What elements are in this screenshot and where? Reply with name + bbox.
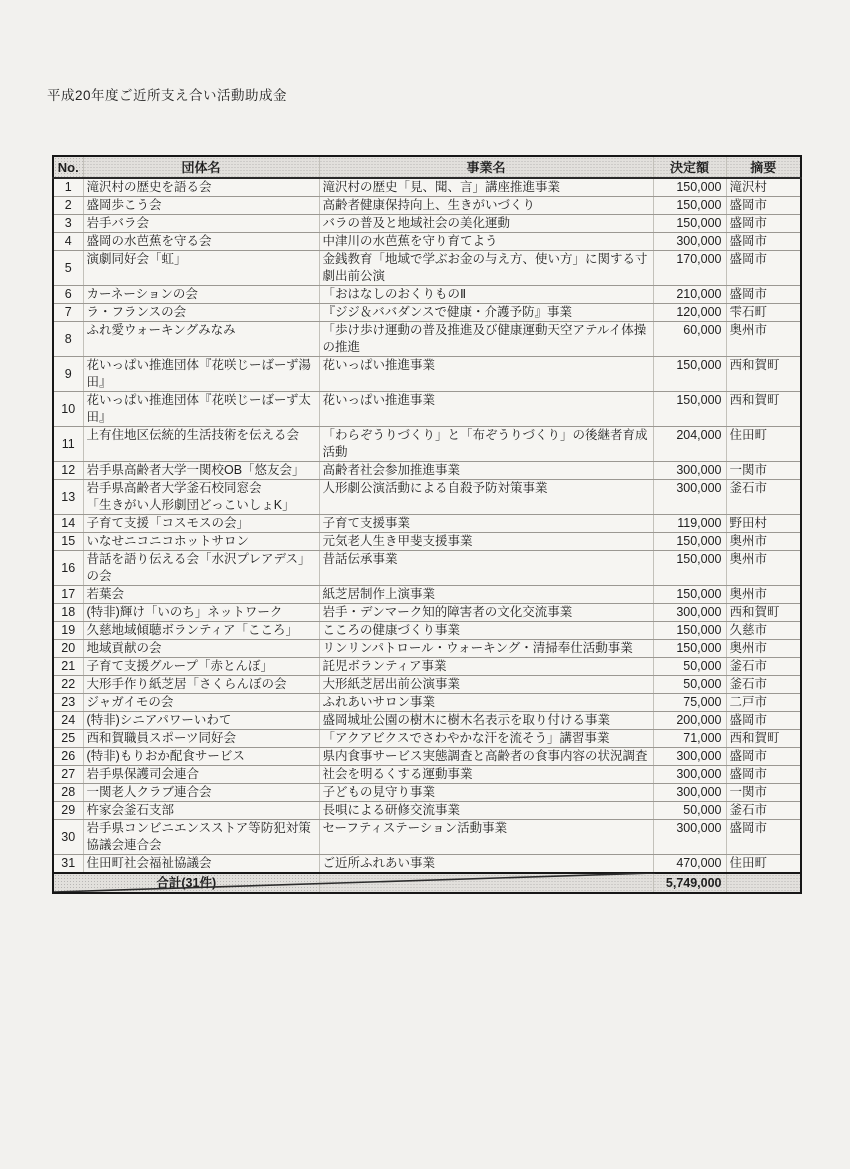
row-no: 23: [53, 694, 83, 712]
table-row: 16昔話を語り伝える会「水沢プレアデス」の会昔話伝承事業150,000奥州市: [53, 551, 801, 586]
row-no: 4: [53, 233, 83, 251]
amount-value: 150,000: [653, 533, 726, 551]
note-value: 西和賀町: [726, 392, 801, 427]
org-name: 岩手バラ会: [83, 215, 319, 233]
note-value: 盛岡市: [726, 820, 801, 855]
grant-table: No. 団体名 事業名 決定額 摘要 1滝沢村の歴史を語る会滝沢村の歴史「見、聞…: [52, 155, 802, 894]
org-name: 滝沢村の歴史を語る会: [83, 178, 319, 197]
header-row: No. 団体名 事業名 決定額 摘要: [53, 156, 801, 178]
amount-value: 300,000: [653, 604, 726, 622]
note-value: 盛岡市: [726, 766, 801, 784]
note-value: 西和賀町: [726, 604, 801, 622]
note-value: 盛岡市: [726, 286, 801, 304]
note-value: 盛岡市: [726, 712, 801, 730]
table-row: 19久慈地域傾聴ボランティア「こころ」こころの健康づくり事業150,000久慈市: [53, 622, 801, 640]
row-no: 14: [53, 515, 83, 533]
amount-value: 150,000: [653, 215, 726, 233]
amount-value: 50,000: [653, 802, 726, 820]
note-value: 野田村: [726, 515, 801, 533]
amount-value: 150,000: [653, 357, 726, 392]
org-name: 岩手県保護司会連合: [83, 766, 319, 784]
org-name: 演劇同好会「虹」: [83, 251, 319, 286]
row-no: 26: [53, 748, 83, 766]
project-name: 盛岡城址公園の樹木に樹木名表示を取り付ける事業: [319, 712, 653, 730]
project-name: 長唄による研修交流事業: [319, 802, 653, 820]
project-name: 社会を明るくする運動事業: [319, 766, 653, 784]
project-name: 昔話伝承事業: [319, 551, 653, 586]
project-name: 「わらぞうりづくり」と「布ぞうりづくり」の後継者育成活動: [319, 427, 653, 462]
amount-value: 470,000: [653, 855, 726, 874]
note-value: 二戸市: [726, 694, 801, 712]
note-value: 奥州市: [726, 640, 801, 658]
project-name: 高齢者社会参加推進事業: [319, 462, 653, 480]
project-name: リンリンパトロール・ウォーキング・清掃奉仕活動事業: [319, 640, 653, 658]
amount-value: 300,000: [653, 766, 726, 784]
table-footer: 合計(31件) 5,749,000: [53, 873, 801, 893]
table-row: 20地域貢献の会リンリンパトロール・ウォーキング・清掃奉仕活動事業150,000…: [53, 640, 801, 658]
org-name: 岩手県コンビニエンスストア等防犯対策協議会連合会: [83, 820, 319, 855]
header-org: 団体名: [83, 156, 319, 178]
table-row: 10花いっぱい推進団体『花咲じーばーず太田』花いっぱい推進事業150,000西和…: [53, 392, 801, 427]
amount-value: 170,000: [653, 251, 726, 286]
grant-table-container: No. 団体名 事業名 決定額 摘要 1滝沢村の歴史を語る会滝沢村の歴史「見、聞…: [52, 155, 800, 894]
note-value: 奥州市: [726, 551, 801, 586]
table-row: 25西和賀職員スポーツ同好会「アクアビクスでさわやかな汗を流そう」講習事業71,…: [53, 730, 801, 748]
amount-value: 204,000: [653, 427, 726, 462]
org-name: 子育て支援「コスモスの会」: [83, 515, 319, 533]
project-name: 人形劇公演活動による自殺予防対策事業: [319, 480, 653, 515]
header-note: 摘要: [726, 156, 801, 178]
note-value: 久慈市: [726, 622, 801, 640]
table-row: 29杵家会釜石支部長唄による研修交流事業50,000釜石市: [53, 802, 801, 820]
project-name: 元気老人生き甲斐支援事業: [319, 533, 653, 551]
note-value: 釜石市: [726, 658, 801, 676]
table-row: 6カーネーションの会「おはなしのおくりものⅡ210,000盛岡市: [53, 286, 801, 304]
amount-value: 75,000: [653, 694, 726, 712]
page-title: 平成20年度ご近所支え合い活動助成金: [47, 84, 287, 104]
row-no: 10: [53, 392, 83, 427]
amount-value: 300,000: [653, 784, 726, 802]
total-amount: 5,749,000: [653, 873, 726, 893]
project-name: 花いっぱい推進事業: [319, 392, 653, 427]
note-value: 奥州市: [726, 533, 801, 551]
table-row: 11上有住地区伝統的生活技術を伝える会「わらぞうりづくり」と「布ぞうりづくり」の…: [53, 427, 801, 462]
row-no: 1: [53, 178, 83, 197]
amount-value: 150,000: [653, 586, 726, 604]
table-row: 13岩手県高齢者大学釜石校同窓会 「生きがい人形劇団どっこいしょK」人形劇公演活…: [53, 480, 801, 515]
amount-value: 71,000: [653, 730, 726, 748]
amount-value: 50,000: [653, 676, 726, 694]
table-row: 26(特非)もりおか配食サービス県内食事サービス実態調査と高齢者の食事内容の状況…: [53, 748, 801, 766]
org-name: 住田町社会福祉協議会: [83, 855, 319, 874]
table-row: 12岩手県高齢者大学一関校OB「悠友会」高齢者社会参加推進事業300,000一関…: [53, 462, 801, 480]
table-row: 4盛岡の水芭蕉を守る会中津川の水芭蕉を守り育てよう300,000盛岡市: [53, 233, 801, 251]
org-name: 盛岡歩こう会: [83, 197, 319, 215]
table-row: 9花いっぱい推進団体『花咲じーばーず湯田』花いっぱい推進事業150,000西和賀…: [53, 357, 801, 392]
project-name: こころの健康づくり事業: [319, 622, 653, 640]
row-no: 20: [53, 640, 83, 658]
table-header: No. 団体名 事業名 決定額 摘要: [53, 156, 801, 178]
project-name: 大形紙芝居出前公演事業: [319, 676, 653, 694]
table-row: 15いなせニコニコホットサロン元気老人生き甲斐支援事業150,000奥州市: [53, 533, 801, 551]
project-name: 託児ボランティア事業: [319, 658, 653, 676]
project-name: 「歩け歩け運動の普及推進及び健康運動天空アテルイ体操の推進: [319, 322, 653, 357]
table-row: 3岩手バラ会バラの普及と地域社会の美化運動150,000盛岡市: [53, 215, 801, 233]
table-row: 30岩手県コンビニエンスストア等防犯対策協議会連合会セーフティステーション活動事…: [53, 820, 801, 855]
note-value: 盛岡市: [726, 251, 801, 286]
org-name: 岩手県高齢者大学釜石校同窓会 「生きがい人形劇団どっこいしょK」: [83, 480, 319, 515]
row-no: 25: [53, 730, 83, 748]
note-value: 一関市: [726, 784, 801, 802]
amount-value: 150,000: [653, 178, 726, 197]
table-row: 1滝沢村の歴史を語る会滝沢村の歴史「見、聞、言」講座推進事業150,000滝沢村: [53, 178, 801, 197]
project-name: 紙芝居制作上演事業: [319, 586, 653, 604]
project-name: 「おはなしのおくりものⅡ: [319, 286, 653, 304]
amount-value: 150,000: [653, 622, 726, 640]
project-name: 『ジジ＆ババダンスで健康・介護予防』事業: [319, 304, 653, 322]
table-row: 7ラ・フランスの会『ジジ＆ババダンスで健康・介護予防』事業120,000雫石町: [53, 304, 801, 322]
project-name: セーフティステーション活動事業: [319, 820, 653, 855]
total-row: 合計(31件) 5,749,000: [53, 873, 801, 893]
org-name: いなせニコニコホットサロン: [83, 533, 319, 551]
row-no: 9: [53, 357, 83, 392]
note-value: 釜石市: [726, 480, 801, 515]
project-name: 子どもの見守り事業: [319, 784, 653, 802]
org-name: カーネーションの会: [83, 286, 319, 304]
table-row: 28一関老人クラブ連合会子どもの見守り事業300,000一関市: [53, 784, 801, 802]
org-name: (特非)輝け「いのち」ネットワーク: [83, 604, 319, 622]
row-no: 16: [53, 551, 83, 586]
amount-value: 119,000: [653, 515, 726, 533]
amount-value: 300,000: [653, 748, 726, 766]
note-value: 住田町: [726, 855, 801, 874]
org-name: 大形手作り紙芝居「さくらんぼの会: [83, 676, 319, 694]
amount-value: 150,000: [653, 551, 726, 586]
org-name: 杵家会釜石支部: [83, 802, 319, 820]
org-name: 上有住地区伝統的生活技術を伝える会: [83, 427, 319, 462]
org-name: 昔話を語り伝える会「水沢プレアデス」の会: [83, 551, 319, 586]
org-name: 地域貢献の会: [83, 640, 319, 658]
row-no: 28: [53, 784, 83, 802]
row-no: 31: [53, 855, 83, 874]
amount-value: 300,000: [653, 820, 726, 855]
amount-value: 60,000: [653, 322, 726, 357]
table-row: 27岩手県保護司会連合社会を明るくする運動事業300,000盛岡市: [53, 766, 801, 784]
project-name: 県内食事サービス実態調査と高齢者の食事内容の状況調査: [319, 748, 653, 766]
note-value: 釜石市: [726, 802, 801, 820]
project-name: 滝沢村の歴史「見、聞、言」講座推進事業: [319, 178, 653, 197]
total-project-cell: [319, 873, 653, 893]
row-no: 3: [53, 215, 83, 233]
project-name: 岩手・デンマーク知的障害者の文化交流事業: [319, 604, 653, 622]
org-name: 子育て支援グループ「赤とんぼ」: [83, 658, 319, 676]
org-name: ラ・フランスの会: [83, 304, 319, 322]
row-no: 13: [53, 480, 83, 515]
org-name: ふれ愛ウォーキングみなみ: [83, 322, 319, 357]
amount-value: 300,000: [653, 233, 726, 251]
note-value: 盛岡市: [726, 197, 801, 215]
project-name: 金銭教育「地域で学ぶお金の与え方、使い方」に関する寸劇出前公演: [319, 251, 653, 286]
total-label: 合計(31件): [53, 873, 319, 893]
note-value: 釜石市: [726, 676, 801, 694]
row-no: 15: [53, 533, 83, 551]
table-row: 18(特非)輝け「いのち」ネットワーク岩手・デンマーク知的障害者の文化交流事業3…: [53, 604, 801, 622]
project-name: 高齢者健康保持向上、生きがいづくり: [319, 197, 653, 215]
amount-value: 210,000: [653, 286, 726, 304]
row-no: 7: [53, 304, 83, 322]
table-row: 17若葉会紙芝居制作上演事業150,000奥州市: [53, 586, 801, 604]
project-name: 子育て支援事業: [319, 515, 653, 533]
org-name: 一関老人クラブ連合会: [83, 784, 319, 802]
total-note-cell: [726, 873, 801, 893]
table-row: 21子育て支援グループ「赤とんぼ」託児ボランティア事業50,000釜石市: [53, 658, 801, 676]
row-no: 21: [53, 658, 83, 676]
note-value: 一関市: [726, 462, 801, 480]
org-name: 西和賀職員スポーツ同好会: [83, 730, 319, 748]
row-no: 18: [53, 604, 83, 622]
note-value: 盛岡市: [726, 215, 801, 233]
row-no: 19: [53, 622, 83, 640]
row-no: 17: [53, 586, 83, 604]
project-name: 花いっぱい推進事業: [319, 357, 653, 392]
table-row: 8ふれ愛ウォーキングみなみ「歩け歩け運動の普及推進及び健康運動天空アテルイ体操の…: [53, 322, 801, 357]
row-no: 29: [53, 802, 83, 820]
note-value: 盛岡市: [726, 233, 801, 251]
org-name: 久慈地域傾聴ボランティア「こころ」: [83, 622, 319, 640]
header-project: 事業名: [319, 156, 653, 178]
row-no: 27: [53, 766, 83, 784]
amount-value: 300,000: [653, 480, 726, 515]
amount-value: 150,000: [653, 392, 726, 427]
note-value: 西和賀町: [726, 730, 801, 748]
note-value: 滝沢村: [726, 178, 801, 197]
project-name: ご近所ふれあい事業: [319, 855, 653, 874]
project-name: 「アクアビクスでさわやかな汗を流そう」講習事業: [319, 730, 653, 748]
row-no: 11: [53, 427, 83, 462]
table-row: 22大形手作り紙芝居「さくらんぼの会大形紙芝居出前公演事業50,000釜石市: [53, 676, 801, 694]
org-name: ジャガイモの会: [83, 694, 319, 712]
row-no: 2: [53, 197, 83, 215]
header-no: No.: [53, 156, 83, 178]
note-value: 奥州市: [726, 586, 801, 604]
note-value: 西和賀町: [726, 357, 801, 392]
project-name: ふれあいサロン事業: [319, 694, 653, 712]
table-row: 24(特非)シニアパワーいわて盛岡城址公園の樹木に樹木名表示を取り付ける事業20…: [53, 712, 801, 730]
row-no: 22: [53, 676, 83, 694]
row-no: 30: [53, 820, 83, 855]
org-name: 花いっぱい推進団体『花咲じーばーず太田』: [83, 392, 319, 427]
org-name: 花いっぱい推進団体『花咲じーばーず湯田』: [83, 357, 319, 392]
row-no: 8: [53, 322, 83, 357]
row-no: 24: [53, 712, 83, 730]
project-name: バラの普及と地域社会の美化運動: [319, 215, 653, 233]
amount-value: 120,000: [653, 304, 726, 322]
org-name: 若葉会: [83, 586, 319, 604]
amount-value: 150,000: [653, 197, 726, 215]
org-name: (特非)シニアパワーいわて: [83, 712, 319, 730]
table-row: 2盛岡歩こう会高齢者健康保持向上、生きがいづくり150,000盛岡市: [53, 197, 801, 215]
amount-value: 50,000: [653, 658, 726, 676]
table-body: 1滝沢村の歴史を語る会滝沢村の歴史「見、聞、言」講座推進事業150,000滝沢村…: [53, 178, 801, 873]
note-value: 雫石町: [726, 304, 801, 322]
org-name: 岩手県高齢者大学一関校OB「悠友会」: [83, 462, 319, 480]
amount-value: 150,000: [653, 640, 726, 658]
row-no: 12: [53, 462, 83, 480]
note-value: 住田町: [726, 427, 801, 462]
header-amount: 決定額: [653, 156, 726, 178]
org-name: (特非)もりおか配食サービス: [83, 748, 319, 766]
table-row: 31住田町社会福祉協議会ご近所ふれあい事業470,000住田町: [53, 855, 801, 874]
amount-value: 300,000: [653, 462, 726, 480]
note-value: 盛岡市: [726, 748, 801, 766]
amount-value: 200,000: [653, 712, 726, 730]
row-no: 5: [53, 251, 83, 286]
table-row: 5演劇同好会「虹」金銭教育「地域で学ぶお金の与え方、使い方」に関する寸劇出前公演…: [53, 251, 801, 286]
row-no: 6: [53, 286, 83, 304]
note-value: 奥州市: [726, 322, 801, 357]
table-row: 14子育て支援「コスモスの会」子育て支援事業119,000野田村: [53, 515, 801, 533]
project-name: 中津川の水芭蕉を守り育てよう: [319, 233, 653, 251]
org-name: 盛岡の水芭蕉を守る会: [83, 233, 319, 251]
table-row: 23ジャガイモの会ふれあいサロン事業75,000二戸市: [53, 694, 801, 712]
